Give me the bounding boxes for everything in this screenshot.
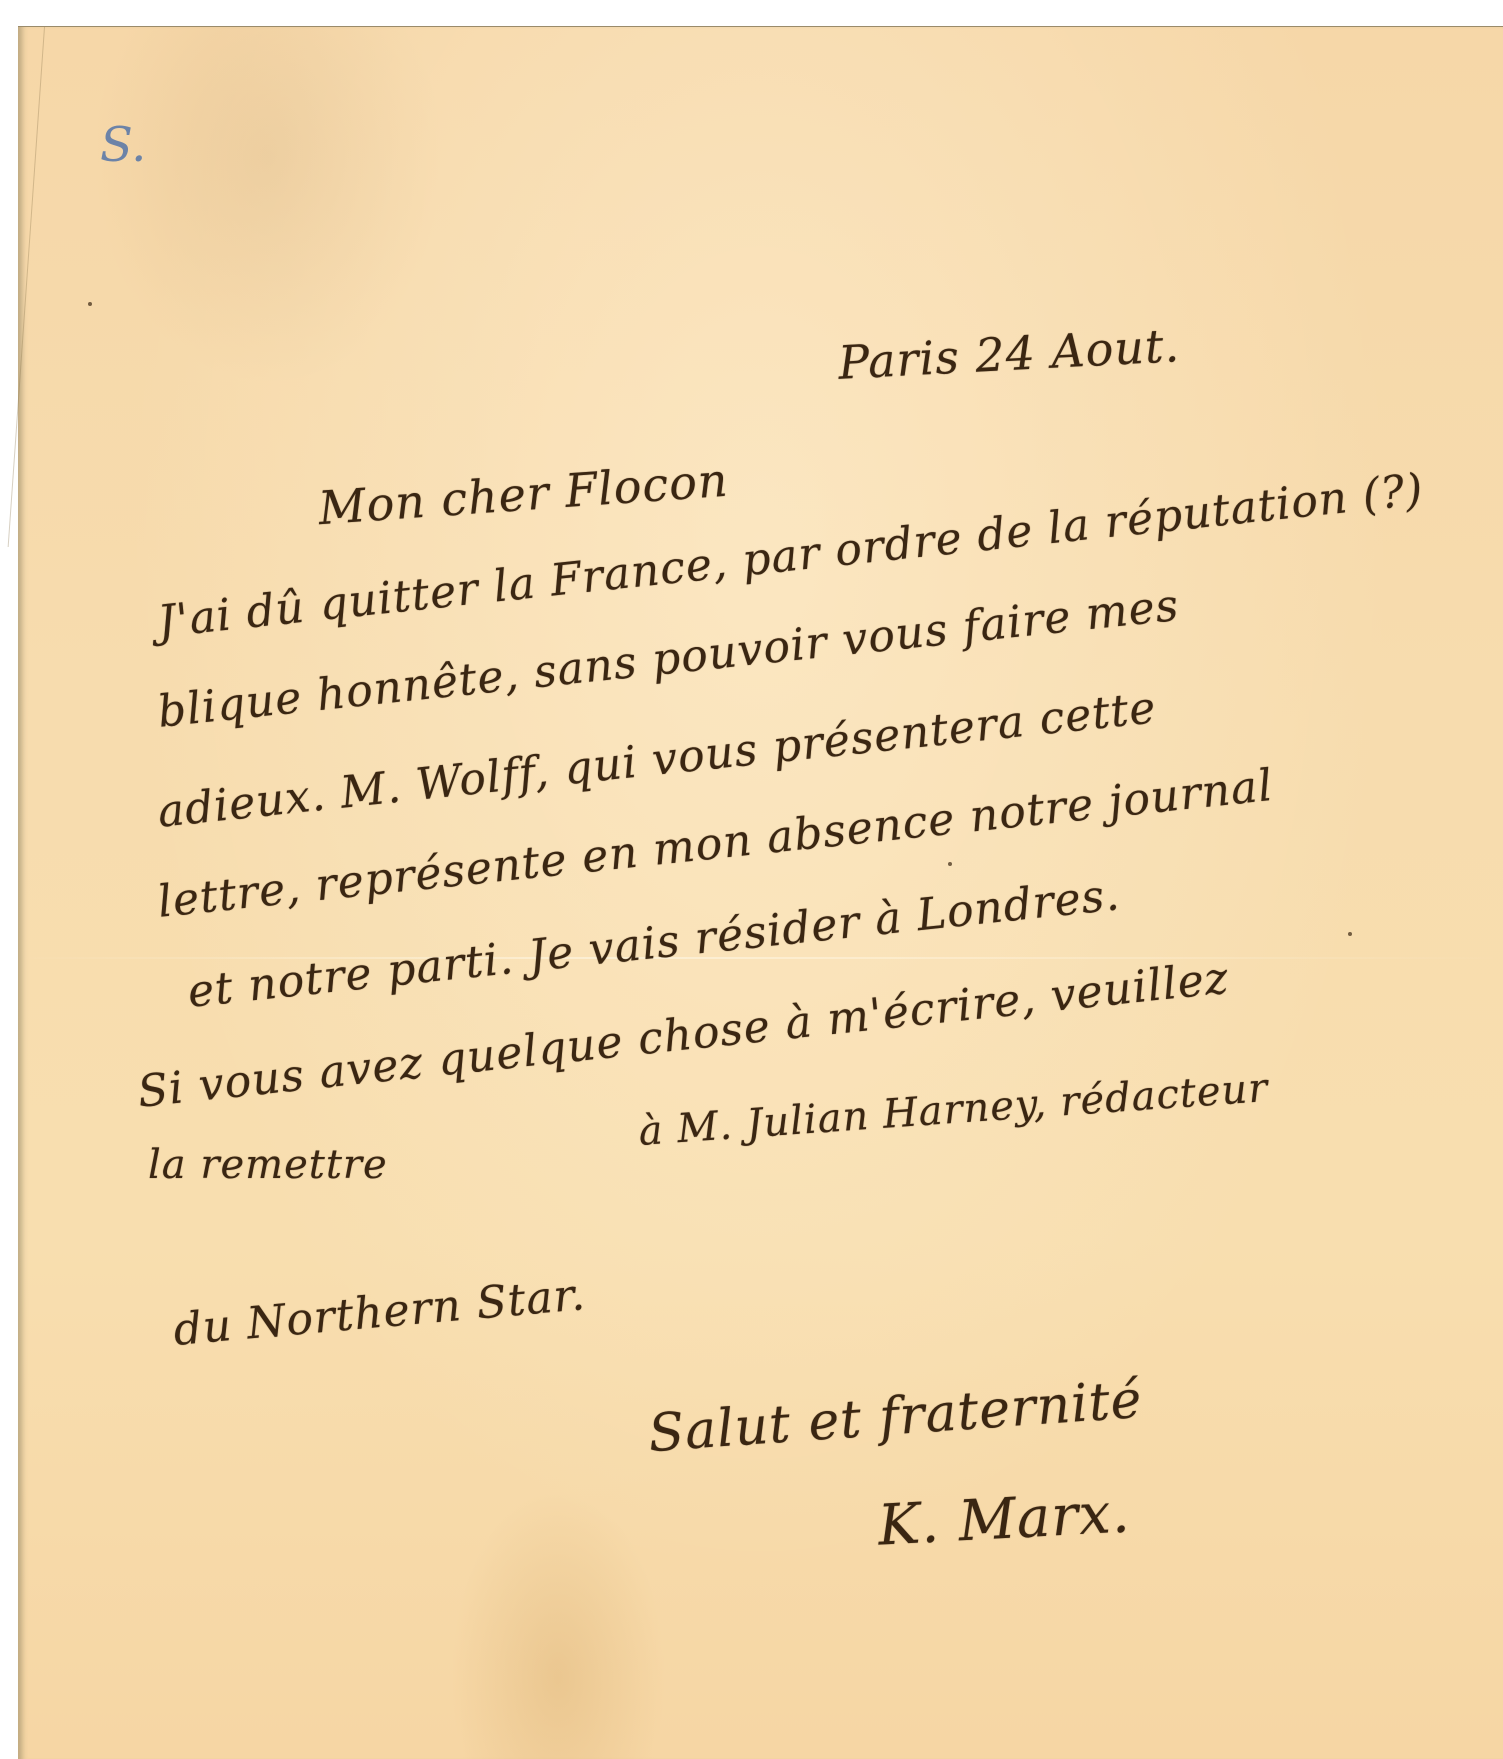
letter-page: S. Paris 24 Aout. Mon cher Flocon J'ai d… <box>18 26 1503 1759</box>
letter-line: la remettre <box>148 1142 388 1188</box>
letter-dateline: Paris 24 Aout. <box>837 318 1181 390</box>
ink-speck <box>948 862 952 866</box>
letter-signature: K. Marx. <box>876 1480 1131 1558</box>
ink-speck <box>88 302 92 306</box>
letter-closing: Salut et fraternité <box>647 1370 1145 1464</box>
letter-line: du Northern Star. <box>172 1269 588 1356</box>
letter-line-insert: à M. Julian Harney, rédacteur <box>637 1065 1270 1155</box>
paper-fold <box>0 27 45 547</box>
archive-mark: S. <box>100 117 146 173</box>
ink-speck <box>1348 932 1352 936</box>
letter-salutation: Mon cher Flocon <box>317 453 730 536</box>
